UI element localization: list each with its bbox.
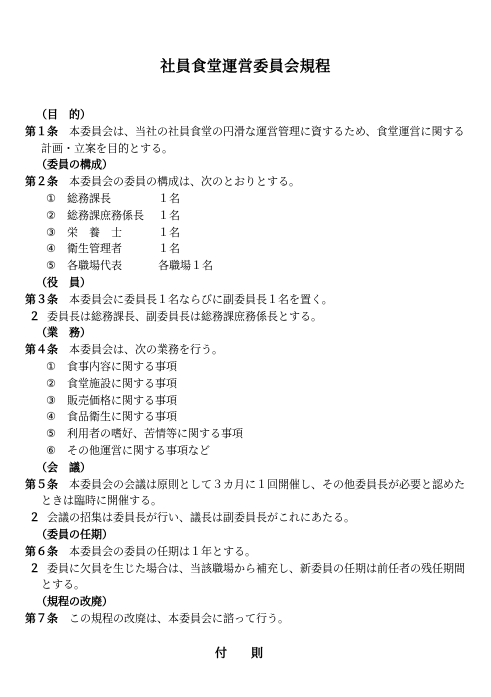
article-3-sub-paragraph: ２委員長は総務課長、副委員長は総務課庶務係長とする。 xyxy=(25,309,477,326)
article-6-sub-paragraph-line-2: とする。 xyxy=(41,577,477,594)
member-item-4: ④衛生管理者１名 xyxy=(46,241,477,258)
duty-text: 食事内容に関する事項 xyxy=(67,360,177,373)
member-role: 衛生管理者 xyxy=(67,241,158,258)
circled-number-5-icon: ⑤ xyxy=(46,258,67,275)
article-7-text: この規程の改廃は、本委員会に諮って行う。 xyxy=(69,612,289,625)
sub-paragraph-number: ２ xyxy=(29,310,40,323)
member-count: １名 xyxy=(158,242,180,255)
article-4-label: 第４条 xyxy=(25,343,58,356)
article-1-line-2: 計画・立案を目的とする。 xyxy=(41,141,477,158)
section-heading-term: （委員の任期） xyxy=(36,527,477,544)
duty-text: 食品衛生に関する事項 xyxy=(67,410,177,423)
article-5-line-2: ときは臨時に開催する。 xyxy=(41,493,477,510)
article-3-label: 第３条 xyxy=(25,293,58,306)
article-5-line-1: 第５条本委員会の会議は原則として３カ月に１回開催し、その他委員長が必要と認めた xyxy=(25,477,477,494)
circled-number-3-icon: ③ xyxy=(46,225,67,242)
document-title: 社員食堂運営委員会規程 xyxy=(0,0,491,75)
section-heading-meetings: （会 議） xyxy=(36,460,477,477)
duty-text: その他運営に関する事項など xyxy=(67,444,210,457)
document-page: 社員食堂運営委員会規程 （目 的） 第１条本委員会は、当社の社員食堂の円滑な運営… xyxy=(0,0,491,697)
article-6-text: 本委員会の委員の任期は１年とする。 xyxy=(69,545,256,558)
article-6-label: 第６条 xyxy=(25,545,58,558)
circled-number-2-icon: ② xyxy=(46,208,67,225)
section-heading-purpose: （目 的） xyxy=(36,107,477,124)
supplementary-provisions-heading: 付 則 xyxy=(215,645,477,662)
member-role: 総務課長 xyxy=(67,191,158,208)
circled-number-4-icon: ④ xyxy=(46,241,67,258)
member-role: 各職場代表 xyxy=(67,258,158,275)
sub-paragraph-number: ２ xyxy=(29,562,40,575)
member-item-1: ①総務課長１名 xyxy=(46,191,477,208)
circled-number-2-icon: ② xyxy=(46,376,67,393)
section-heading-revision: （規程の改廃） xyxy=(36,594,477,611)
member-count: １名 xyxy=(158,226,180,239)
article-5-sub-paragraph: ２会議の招集は委員長が行い、議長は副委員長がこれにあたる。 xyxy=(25,510,477,527)
duty-item-2: ②食堂施設に関する事項 xyxy=(46,376,477,393)
sub-paragraph-text: 会議の招集は委員長が行い、議長は副委員長がこれにあたる。 xyxy=(47,511,355,524)
circled-number-3-icon: ③ xyxy=(46,393,67,410)
article-1-line-1: 第１条本委員会は、当社の社員食堂の円滑な運営管理に資するため、食堂運営に関する xyxy=(25,124,477,141)
member-item-2: ②総務課庶務係長１名 xyxy=(46,208,477,225)
member-role: 総務課庶務係長 xyxy=(67,208,158,225)
article-5-label: 第５条 xyxy=(25,478,58,491)
article-6-line-1: 第６条本委員会の委員の任期は１年とする。 xyxy=(25,544,477,561)
duty-text: 利用者の嗜好、苦情等に関する事項 xyxy=(67,427,243,440)
article-2-label: 第２条 xyxy=(25,175,58,188)
article-5-text: 本委員会の会議は原則として３カ月に１回開催し、その他委員長が必要と認めた xyxy=(69,478,465,491)
article-3-text: 本委員会に委員長１名ならびに副委員長１名を置く。 xyxy=(69,293,333,306)
circled-number-1-icon: ① xyxy=(46,359,67,376)
duty-item-5: ⑤利用者の嗜好、苦情等に関する事項 xyxy=(46,426,477,443)
sub-paragraph-text: 委員長は総務課長、副委員長は総務課庶務係長とする。 xyxy=(47,310,322,323)
section-heading-duties: （業 務） xyxy=(36,325,477,342)
sub-paragraph-number: ２ xyxy=(29,511,40,524)
member-item-3: ③栄 養 士１名 xyxy=(46,225,477,242)
member-role: 栄 養 士 xyxy=(67,225,158,242)
article-1-text: 本委員会は、当社の社員食堂の円滑な運営管理に資するため、食堂運営に関する xyxy=(69,125,465,138)
duty-item-6: ⑥その他運営に関する事項など xyxy=(46,443,477,460)
article-4-text: 本委員会は、次の業務を行う。 xyxy=(69,343,223,356)
duty-text: 販売価格に関する事項 xyxy=(67,394,177,407)
sub-paragraph-text: 委員に欠員を生じた場合は、当該職場から補充し、新委員の任期は前任者の残任期間 xyxy=(47,562,465,575)
article-7-line-1: 第７条この規程の改廃は、本委員会に諮って行う。 xyxy=(25,611,477,628)
section-heading-officers: （役 員） xyxy=(36,275,477,292)
article-6-sub-paragraph-line-1: ２委員に欠員を生じた場合は、当該職場から補充し、新委員の任期は前任者の残任期間 xyxy=(25,561,477,578)
circled-number-4-icon: ④ xyxy=(46,409,67,426)
article-1-label: 第１条 xyxy=(25,125,58,138)
circled-number-6-icon: ⑥ xyxy=(46,443,67,460)
article-7-label: 第７条 xyxy=(25,612,58,625)
member-count: １名 xyxy=(158,192,180,205)
duty-item-1: ①食事内容に関する事項 xyxy=(46,359,477,376)
circled-number-5-icon: ⑤ xyxy=(46,426,67,443)
article-2-line-1: 第２条本委員会の委員の構成は、次のとおりとする。 xyxy=(25,174,477,191)
member-item-5: ⑤各職場代表各職場１名 xyxy=(46,258,477,275)
circled-number-1-icon: ① xyxy=(46,191,67,208)
member-count: 各職場１名 xyxy=(158,259,213,272)
article-2-text: 本委員会の委員の構成は、次のとおりとする。 xyxy=(69,175,300,188)
section-heading-composition: （委員の構成） xyxy=(36,157,477,174)
article-3-line-1: 第３条本委員会に委員長１名ならびに副委員長１名を置く。 xyxy=(25,292,477,309)
duty-item-3: ③販売価格に関する事項 xyxy=(46,393,477,410)
article-4-line-1: 第４条本委員会は、次の業務を行う。 xyxy=(25,342,477,359)
document-body: （目 的） 第１条本委員会は、当社の社員食堂の円滑な運営管理に資するため、食堂運… xyxy=(25,107,477,662)
duty-text: 食堂施設に関する事項 xyxy=(67,377,177,390)
duty-item-4: ④食品衛生に関する事項 xyxy=(46,409,477,426)
member-count: １名 xyxy=(158,209,180,222)
